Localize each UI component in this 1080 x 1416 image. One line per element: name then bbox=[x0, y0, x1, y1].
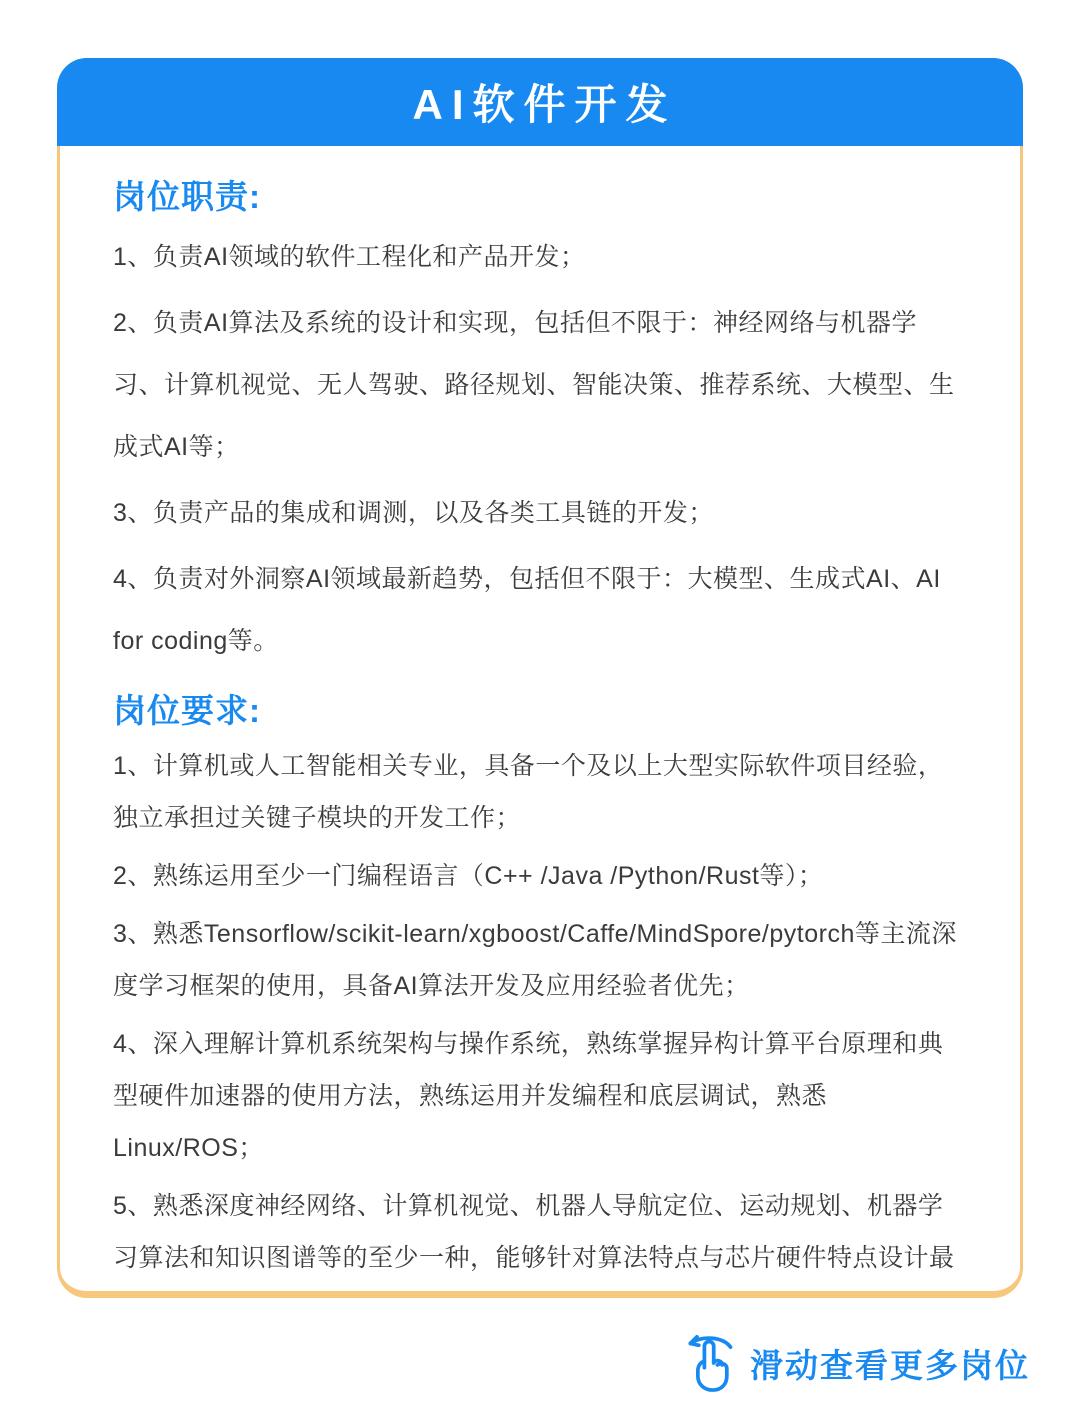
job-requirement-item: 3、熟悉Tensorflow/scikit-learn/xgboost/Caff… bbox=[113, 908, 967, 1012]
page: AI软件开发 岗位职责: 1、负责AI领域的软件工程化和产品开发； 2、负责AI… bbox=[0, 0, 1080, 1416]
swipe-hint-label: 滑动查看更多岗位 bbox=[750, 1340, 1030, 1387]
job-card: AI软件开发 岗位职责: 1、负责AI领域的软件工程化和产品开发； 2、负责AI… bbox=[57, 58, 1023, 1298]
section-title-duties: 岗位职责: bbox=[113, 174, 967, 220]
swipe-hint[interactable]: 滑动查看更多岗位 bbox=[682, 1332, 1030, 1394]
job-duty-item: 2、负责AI算法及系统的设计和实现，包括但不限于：神经网络与机器学习、计算机视觉… bbox=[113, 292, 967, 478]
section-requirements: 岗位要求: 1、计算机或人工智能相关专业，具备一个及以上大型实际软件项目经验，独… bbox=[113, 688, 967, 1291]
job-requirement-item: 5、熟悉深度神经网络、计算机视觉、机器人导航定位、运动规划、机器学习算法和知识图… bbox=[113, 1180, 967, 1291]
section-title-requirements: 岗位要求: bbox=[113, 688, 967, 734]
job-duty-item: 4、负责对外洞察AI领域最新趋势，包括但不限于：大模型、生成式AI、AI for… bbox=[113, 548, 967, 672]
job-card-body: 岗位职责: 1、负责AI领域的软件工程化和产品开发； 2、负责AI算法及系统的设… bbox=[60, 146, 1020, 1291]
job-duty-item: 3、负责产品的集成和调测，以及各类工具链的开发； bbox=[113, 482, 967, 544]
job-requirement-item: 2、熟练运用至少一门编程语言（C++ /Java /Python/Rust等）； bbox=[113, 850, 967, 902]
section-duties: 岗位职责: 1、负责AI领域的软件工程化和产品开发； 2、负责AI算法及系统的设… bbox=[113, 174, 967, 672]
job-duty-item: 1、负责AI领域的软件工程化和产品开发； bbox=[113, 226, 967, 288]
job-card-header: AI软件开发 bbox=[57, 58, 1023, 146]
job-requirement-item: 4、深入理解计算机系统架构与操作系统，熟练掌握异构计算平台原理和典型硬件加速器的… bbox=[113, 1018, 967, 1174]
swipe-hand-icon bbox=[682, 1332, 738, 1394]
job-title: AI软件开发 bbox=[403, 72, 676, 132]
job-requirement-item: 1、计算机或人工智能相关专业，具备一个及以上大型实际软件项目经验，独立承担过关键… bbox=[113, 740, 967, 844]
